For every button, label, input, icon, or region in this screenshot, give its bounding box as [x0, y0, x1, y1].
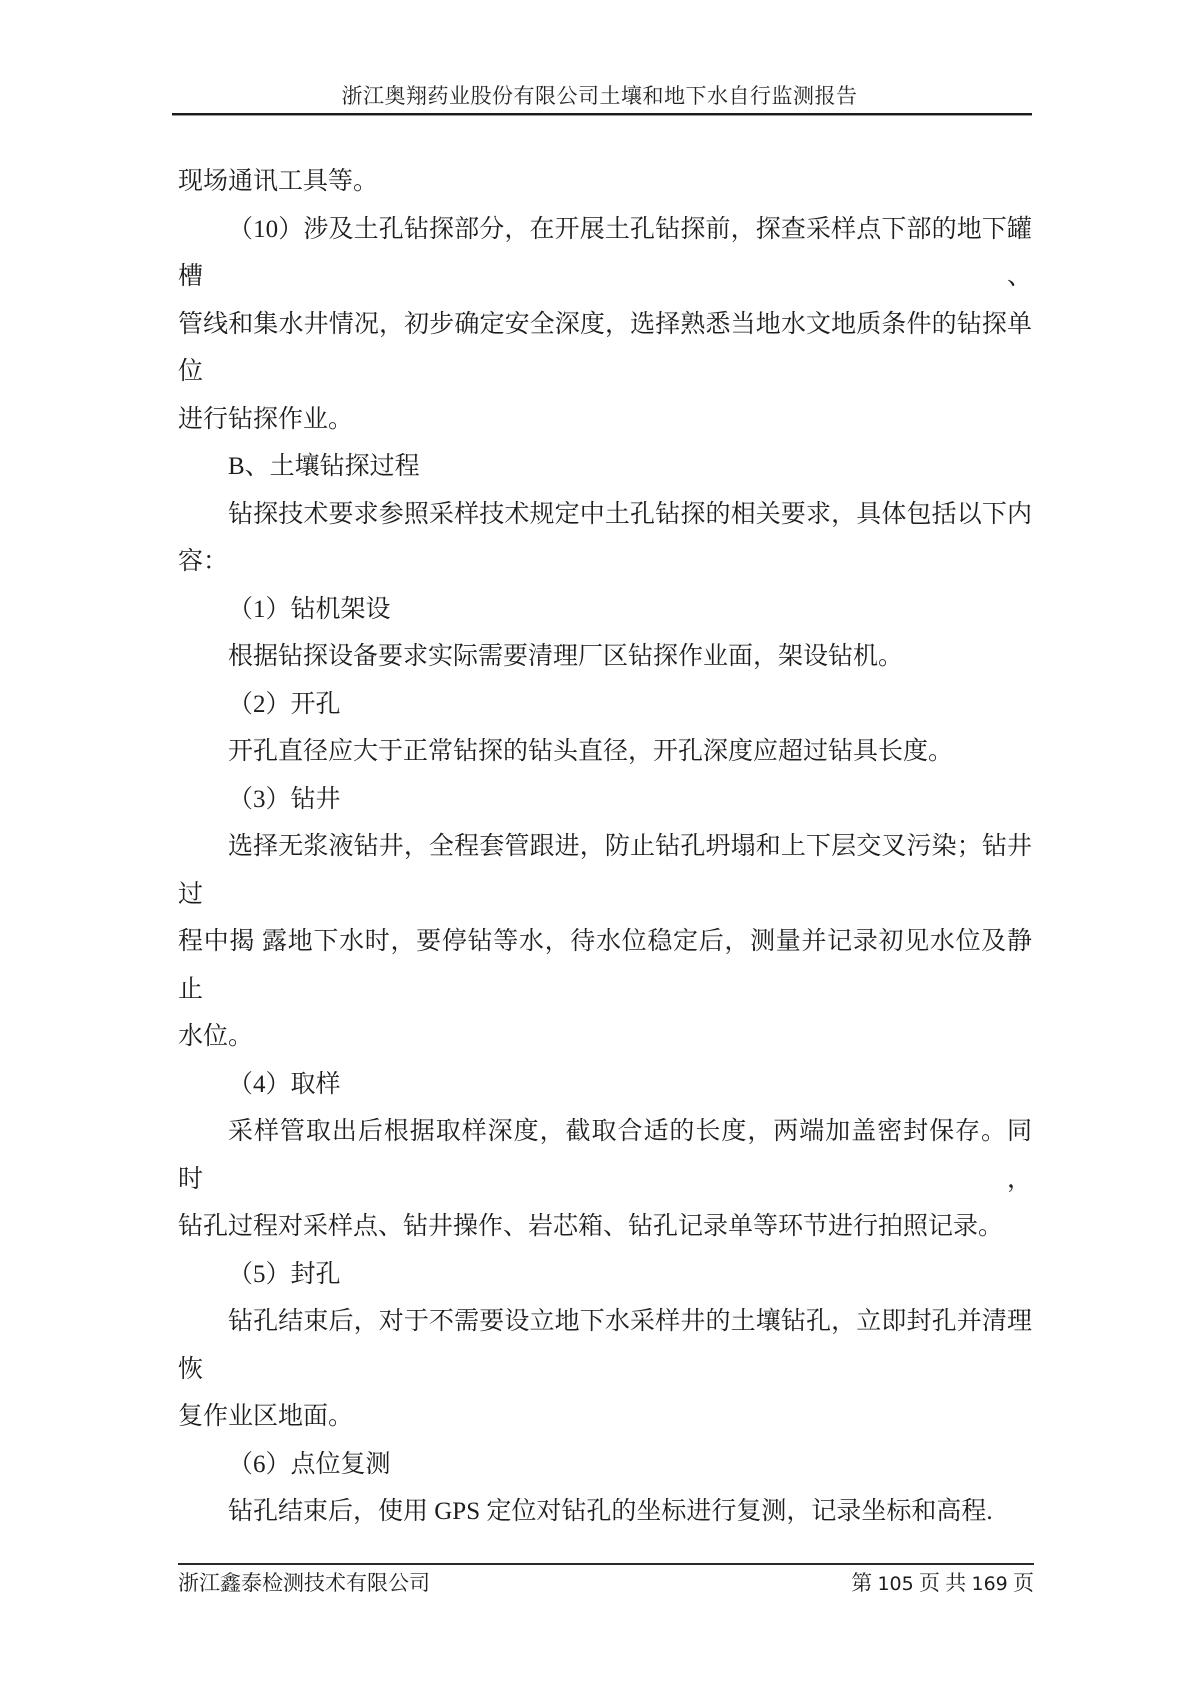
body-line: （3）钻井	[178, 776, 1032, 824]
body-line: （10）涉及土孔钻探部分，在开展土孔钻探前，探查采样点下部的地下罐槽、	[178, 206, 1032, 301]
body-line: B、土壤钻探过程	[178, 443, 1032, 491]
header-rule	[172, 113, 1032, 116]
total-pages: 169	[971, 1573, 1007, 1595]
body-line: 管线和集水井情况，初步确定安全深度，选择熟悉当地水文地质条件的钻探单位	[178, 301, 1032, 396]
body-line: 水位。	[178, 1013, 1032, 1061]
body-line: 根据钻探设备要求实际需要清理厂区钻探作业面，架设钻机。	[178, 633, 1032, 681]
page-footer: 浙江鑫泰检测技术有限公司 第 105 页 共 169 页	[178, 1570, 1034, 1598]
page-label-middle: 页 共	[914, 1571, 972, 1595]
body-line: 采样管取出后根据取样深度，截取合适的长度，两端加盖密封保存。同时，	[178, 1108, 1032, 1203]
body-line: 开孔直径应大于正常钻探的钻头直径，开孔深度应超过钻具长度。	[178, 728, 1032, 776]
footer-company: 浙江鑫泰检测技术有限公司	[178, 1570, 430, 1597]
page-number: 105	[877, 1573, 913, 1595]
body-line: （2）开孔	[178, 681, 1032, 729]
footer-page-label: 第 105 页 共 169 页	[851, 1570, 1034, 1598]
body-line: （6）点位复测	[178, 1441, 1032, 1489]
document-page: 浙江奥翔药业股份有限公司土壤和地下水自行监测报告 现场通讯工具等。（10）涉及土…	[0, 0, 1199, 1696]
body-line: 钻孔结束后，使用 GPS 定位对钻孔的坐标进行复测，记录坐标和高程.	[178, 1488, 1032, 1536]
body-line: （5）封孔	[178, 1251, 1032, 1299]
document-body: 现场通讯工具等。（10）涉及土孔钻探部分，在开展土孔钻探前，探查采样点下部的地下…	[178, 158, 1032, 1536]
body-line: （4）取样	[178, 1061, 1032, 1109]
header-title: 浙江奥翔药业股份有限公司土壤和地下水自行监测报告	[0, 82, 1199, 110]
body-line: 选择无浆液钻井，全程套管跟进，防止钻孔坍塌和上下层交叉污染；钻井过	[178, 823, 1032, 918]
body-line: 程中揭 露地下水时，要停钻等水，待水位稳定后，测量并记录初见水位及静止	[178, 918, 1032, 1013]
body-line: （1）钻机架设	[178, 586, 1032, 634]
body-line: 钻孔过程对采样点、钻井操作、岩芯箱、钻孔记录单等环节进行拍照记录。	[178, 1203, 1032, 1251]
page-label-suffix: 页	[1008, 1571, 1034, 1595]
body-line: 现场通讯工具等。	[178, 158, 1032, 206]
page-label-prefix: 第	[851, 1571, 877, 1595]
body-line: 进行钻探作业。	[178, 396, 1032, 444]
body-line: 容：	[178, 538, 1032, 586]
body-line: 钻孔结束后，对于不需要设立地下水采样井的土壤钻孔，立即封孔并清理恢	[178, 1298, 1032, 1393]
body-line: 复作业区地面。	[178, 1393, 1032, 1441]
body-line: 钻探技术要求参照采样技术规定中土孔钻探的相关要求，具体包括以下内	[178, 491, 1032, 539]
footer-rule	[178, 1563, 1034, 1565]
